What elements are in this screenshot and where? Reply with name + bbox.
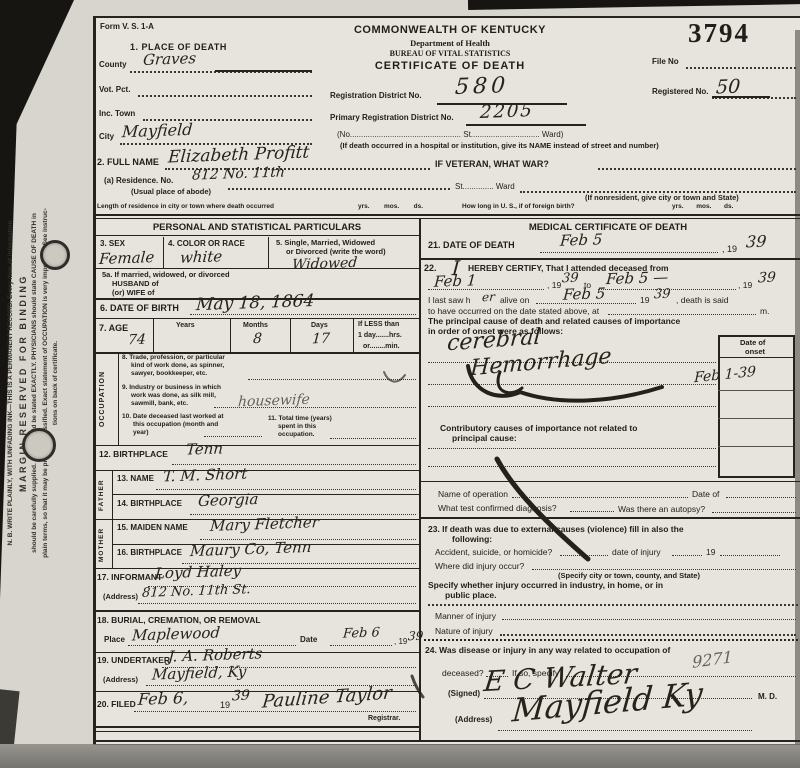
margin-binding-label: MARGIN RESERVED FOR BINDING <box>16 20 30 746</box>
last-worked-line <box>204 436 262 437</box>
undertaker-address-value: Mayfield, Ky <box>152 664 247 682</box>
marital-label-1: 5. Single, Married, Widowed <box>276 239 375 247</box>
age-col-divider-2 <box>230 318 231 352</box>
bureau-subtitle: BUREAU OF VITAL STATISTICS <box>305 50 595 58</box>
voting-precinct-line <box>138 95 312 97</box>
if-less-label-3: or........min. <box>363 343 400 350</box>
nature-line <box>500 634 796 636</box>
autopsy-line <box>712 512 796 513</box>
burial-place-value: Maplewood <box>132 625 221 643</box>
specify-line <box>428 604 798 606</box>
age-days-value: 17 <box>312 332 331 347</box>
trade-label-3: sawyer, bookkeeper, etc. <box>131 371 207 378</box>
mother-maiden-label: 15. MAIDEN NAME <box>117 524 188 532</box>
last-saw-label: I last saw h <box>428 296 471 305</box>
length-residence-units: yrs. mos. ds. <box>358 204 423 211</box>
marital-label-2: or Divorced (write the word) <box>286 248 386 256</box>
age-col-divider-1 <box>153 318 154 352</box>
header-rule-1 <box>93 214 800 216</box>
alive-on-label: alive on <box>500 296 529 305</box>
header-rule-2 <box>93 218 800 219</box>
father-birthplace-value: Georgia <box>197 492 258 509</box>
accident-label: Accident, suicide, or homicide? <box>435 548 552 557</box>
date-of-death-label: 21. DATE OF DEATH <box>428 241 515 250</box>
sex-race-divider <box>163 237 164 268</box>
occupation-strip-divider <box>118 352 119 445</box>
total-time-label-3: occupation. <box>278 432 314 439</box>
informant-address-value: 812 No. 11th St. <box>142 583 252 600</box>
father-inner-rule <box>112 494 419 495</box>
physician-address-line <box>498 730 752 731</box>
occurred-line <box>608 314 756 315</box>
industry-label-1: 9. Industry or business in which <box>122 385 221 392</box>
occupation-bottom-rule <box>93 445 419 446</box>
date-of-injury-line-2 <box>720 555 780 556</box>
occurred-label: to have occurred on the date stated abov… <box>428 307 599 316</box>
veteran-line <box>598 168 796 170</box>
trade-label-1: 8. Trade, profession, or particular <box>122 355 225 362</box>
row3-bottom-rule <box>93 268 419 269</box>
test-row-bottom-rule <box>419 517 800 519</box>
attended-to-year-value: 39 <box>758 271 777 286</box>
last-worked-label-2: this occupation (month and <box>133 422 218 429</box>
date-of-death-year-value: 39 <box>745 234 766 251</box>
scan-edge-right <box>795 30 800 744</box>
last-worked-label-3: year) <box>133 430 149 437</box>
date-of-death-year-print: , 19 <box>722 245 737 254</box>
occupation-vertical-label: OCCUPATION <box>99 356 106 442</box>
residence-line <box>228 188 450 190</box>
informant-address-label: (Address) <box>103 593 138 601</box>
race-marital-divider <box>268 237 269 268</box>
industry-label-2: work was done, as silk mill, <box>131 393 216 400</box>
informant-label: 17. INFORMANT <box>97 573 162 582</box>
principal-cause-label-1: The principal cause of death and related… <box>428 317 680 326</box>
deceased-label: deceased? <box>442 669 484 678</box>
registrar-label: Registrar. <box>368 715 400 722</box>
margin-nb-line2: should be carefully supplied. AGE should… <box>30 20 40 746</box>
full-name-label: 2. FULL NAME <box>97 158 159 167</box>
contributory-line-2 <box>428 466 716 467</box>
external-causes-label-2: following: <box>452 535 492 544</box>
mother-vertical-label: MOTHER <box>98 522 105 567</box>
md-label: M. D. <box>758 693 777 701</box>
where-injury-label: Where did injury occur? <box>435 562 524 571</box>
registration-district-value: 580 <box>454 75 510 99</box>
father-name-value: T. M. Short <box>162 467 247 485</box>
test-label: What test confirmed diagnosis? <box>438 504 557 513</box>
trade-line <box>248 379 416 380</box>
filed-year-print: 19 <box>220 701 230 710</box>
registered-no-value: 50 <box>715 78 741 98</box>
age-days-label: Days <box>311 322 328 329</box>
margin-nb-line3: plain terms, so that it may be properly … <box>41 20 51 746</box>
file-no-line <box>686 67 796 69</box>
death-said-label: , death is said <box>676 296 728 305</box>
father-name-line <box>156 489 416 490</box>
date-of-birth-value: May 18, 1864 <box>195 293 314 314</box>
burial-date-label: Date <box>300 636 317 644</box>
filed-year-value: 39 <box>232 689 251 704</box>
residence-label: (a) Residence. No. <box>104 177 173 185</box>
date-of-death-value: Feb 5 <box>559 232 602 249</box>
where-injury-line <box>532 569 796 570</box>
last-saw-her: er <box>482 291 496 303</box>
informant-bottom-rule <box>93 610 419 612</box>
father-name-label: 13. NAME <box>117 475 154 483</box>
filed-line <box>134 711 416 712</box>
contributory-label-2: principal cause: <box>452 434 517 443</box>
abode-note: (Usual place of abode) <box>131 188 211 196</box>
attended-to-year-print: , 19 <box>738 281 752 290</box>
operation-date-label: Date of <box>692 490 719 499</box>
onset-inner-rule-1 <box>718 357 793 358</box>
occupation-related-label: 24. Was disease or injury in any way rel… <box>425 646 670 655</box>
punch-hole-bottom <box>22 428 56 462</box>
row12-bottom-rule <box>93 470 419 471</box>
cause-section-bottom-rule <box>419 481 800 482</box>
city-label: City <box>99 133 114 141</box>
attended-from-year-print: , 19 <box>547 281 561 290</box>
injury-year-print: 19 <box>706 548 715 557</box>
death-certificate-scan: N. B. WRITE PLAINLY, WITH UNFADING INK—T… <box>0 0 800 768</box>
burial-date-value: Feb 6 <box>343 626 381 640</box>
burial-label: 18. BURIAL, CREMATION, OR REMOVAL <box>97 616 261 625</box>
if-less-label-1: If LESS than <box>358 321 399 328</box>
form-left-border <box>93 16 96 745</box>
certificate-serial-number: 3794 <box>688 20 750 47</box>
st-ward-label: St.............. Ward <box>455 183 515 191</box>
age-years-label: Years <box>176 322 195 329</box>
row6-bottom-rule <box>93 318 419 319</box>
alive-on-line <box>536 303 636 304</box>
specify-city-note: (Specify city or town, county, and State… <box>558 572 700 580</box>
husband-wife-label-3: (or) WIFE of <box>112 289 155 297</box>
marital-value: Widowed <box>292 256 358 272</box>
external-causes-label-1: 23. If death was due to external causes … <box>428 525 684 534</box>
primary-district-label: Primary Registration District No. <box>330 114 454 122</box>
cause-line-2 <box>428 384 716 385</box>
residence-value: 812 No. 11th <box>192 165 286 182</box>
operation-date-line <box>726 497 796 498</box>
alive-year-value: 39 <box>654 288 671 302</box>
onset-inner-rule-4 <box>718 446 793 447</box>
physician-address-label: (Address) <box>455 716 492 724</box>
date-of-birth-line <box>190 314 416 315</box>
manner-line <box>502 619 796 620</box>
veteran-label: IF VETERAN, WHAT WAR? <box>435 160 549 169</box>
onset-box-bottom-border <box>718 476 795 478</box>
attended-from-year-value: 39 <box>562 272 579 286</box>
county-label: County <box>99 61 127 69</box>
mother-birthplace-label: 16. BIRTHPLACE <box>117 549 182 557</box>
onset-box-right-border <box>793 335 795 478</box>
how-long-us-label: How long in U. S., if of foreign birth? <box>462 204 575 211</box>
onset-box-top-border <box>718 335 795 337</box>
specify-whether-label-1: Specify whether injury occurred in indus… <box>428 581 663 590</box>
left-col-bottom-rule-2 <box>93 731 419 732</box>
registered-no-line-solid <box>712 96 770 98</box>
full-name-value: Elizabeth Profitt <box>167 145 309 167</box>
filed-date-value: Feb 6, <box>137 690 188 708</box>
date-of-injury-label: date of injury <box>612 548 661 557</box>
scan-edge-bottom <box>0 744 800 768</box>
informant-value: Loyd Haley <box>155 563 242 581</box>
certify-number: 22. <box>424 264 437 273</box>
burial-date-line <box>330 645 392 646</box>
file-no-label: File No <box>652 58 679 66</box>
primary-district-line <box>466 124 586 126</box>
manner-label: Manner of injury <box>435 612 496 621</box>
alive-year-print: 19 <box>640 296 649 305</box>
department-subtitle: Department of Health <box>305 39 595 48</box>
commonwealth-title: COMMONWEALTH OF KENTUCKY <box>305 25 595 36</box>
registered-no-label: Registered No. <box>652 88 708 96</box>
form-bottom-border2 <box>93 744 800 745</box>
operation-label: Name of operation <box>438 490 508 499</box>
form-number: Form V. S. 1-A <box>100 23 154 31</box>
industry-label-3: sawmill, bank, etc. <box>131 401 188 408</box>
father-birthplace-label: 14. BIRTHPLACE <box>117 500 182 508</box>
personal-section-title: PERSONAL AND STATISTICAL PARTICULARS <box>95 223 419 233</box>
age-months-label: Months <box>243 322 268 329</box>
date-of-death-line <box>540 252 718 253</box>
alive-on-value: Feb 5 <box>562 286 605 303</box>
left-col-bottom-rule-1 <box>93 726 419 728</box>
date-of-birth-label: 6. DATE OF BIRTH <box>100 304 179 313</box>
sex-value: Female <box>98 250 154 267</box>
operation-line <box>512 497 688 498</box>
column-divider <box>419 218 421 741</box>
race-value: white <box>179 249 222 266</box>
husband-wife-label-1: 5a. If married, widowed, or divorced <box>102 271 230 279</box>
filed-label: 20. FILED <box>97 700 136 709</box>
attended-from-value: Feb 1 <box>433 273 476 290</box>
industry-line <box>214 407 416 408</box>
contributory-line-1 <box>428 448 716 449</box>
age-months-value: 8 <box>253 332 263 346</box>
informant-address-line <box>138 603 416 604</box>
county-line-solid <box>215 70 312 72</box>
onset-inner-rule-2 <box>718 390 793 391</box>
hospital-note: (If death occurred in a hospital or inst… <box>340 142 659 150</box>
husband-wife-label-2: HUSBAND of <box>112 280 159 288</box>
primary-district-value: 2205 <box>479 102 534 122</box>
father-strip-divider <box>112 470 113 520</box>
certificate-title: CERTIFICATE OF DEATH <box>305 61 595 72</box>
burial-place-label: Place <box>104 636 125 644</box>
date-of-injury-line-1 <box>672 555 702 556</box>
attended-to-value: Feb 5 — <box>605 270 668 287</box>
total-time-label-2: spent in this <box>278 424 316 431</box>
contributory-label-1: Contributory causes of importance not re… <box>440 424 637 433</box>
row21-bottom-rule <box>419 258 800 260</box>
total-time-line <box>330 438 416 439</box>
onset-header-2: onset <box>745 348 765 356</box>
signed-label: (Signed) <box>448 690 480 698</box>
undertaker-value: J. A. Roberts <box>168 646 263 664</box>
county-value: Graves <box>142 51 196 68</box>
city-value: Mayfield <box>121 122 193 141</box>
length-residence-label: Length of residence in city or town wher… <box>97 204 274 211</box>
margin-nb-line1: N. B. WRITE PLAINLY, WITH UNFADING INK—T… <box>6 20 16 746</box>
margin-nb-line4: tions on back of certificate. <box>51 20 61 746</box>
specify-whether-label-2: public place. <box>445 591 497 600</box>
age-col-divider-4 <box>353 318 354 352</box>
sex-label: 3. SEX <box>100 240 125 248</box>
burial-year-print: , 19 <box>394 638 407 646</box>
mother-maiden-value: Mary Fletcher <box>210 515 320 534</box>
onset-inner-rule-3 <box>718 418 793 419</box>
mother-bottom-rule <box>93 568 419 569</box>
inc-town-label: Inc. Town <box>99 110 135 118</box>
voting-precinct-label: Vot. Pct. <box>99 86 130 94</box>
nature-heavy-rule <box>419 639 798 641</box>
form-bottom-border <box>93 740 800 742</box>
medical-section-title: MEDICAL CERTIFICATE OF DEATH <box>420 223 796 233</box>
nonresident-note: (If nonresident, give city or town and S… <box>585 194 739 202</box>
how-long-us-units: yrs. mos. ds. <box>672 204 733 211</box>
age-label: 7. AGE <box>99 324 128 333</box>
if-less-label-2: 1 day.......hrs. <box>358 332 402 339</box>
undertaker-address-label: (Address) <box>103 676 138 684</box>
nature-label: Nature of injury <box>435 627 493 636</box>
mother-birthplace-value: Maury Co, Tenn <box>190 540 312 559</box>
occurred-m-label: m. <box>760 307 769 316</box>
last-worked-label-1: 10. Date deceased last worked at <box>122 414 224 421</box>
personal-title-rule <box>93 235 419 236</box>
punch-hole-top <box>40 240 70 270</box>
test-line <box>570 511 614 512</box>
birthplace-value: Tenn <box>185 441 223 457</box>
father-vertical-label: FATHER <box>98 473 105 518</box>
registration-district-label: Registration District No. <box>330 92 422 100</box>
no-st-ward-line: (No.....................................… <box>337 131 563 139</box>
birthplace-label: 12. BIRTHPLACE <box>99 450 168 459</box>
age-years-value: 74 <box>128 333 147 348</box>
onset-header-1: Date of <box>740 339 765 347</box>
autopsy-label: Was there an autopsy? <box>618 505 705 514</box>
total-time-label-1: 11. Total time (years) <box>268 416 332 423</box>
binding-margin-text: N. B. WRITE PLAINLY, WITH UNFADING INK—T… <box>6 20 61 746</box>
accident-line <box>560 555 608 556</box>
cause-line-3 <box>428 406 716 407</box>
age-col-divider-3 <box>290 318 291 352</box>
trade-label-2: kind of work done, as spinner, <box>131 363 224 370</box>
undertaker-label: 19. UNDERTAKER <box>97 656 170 665</box>
